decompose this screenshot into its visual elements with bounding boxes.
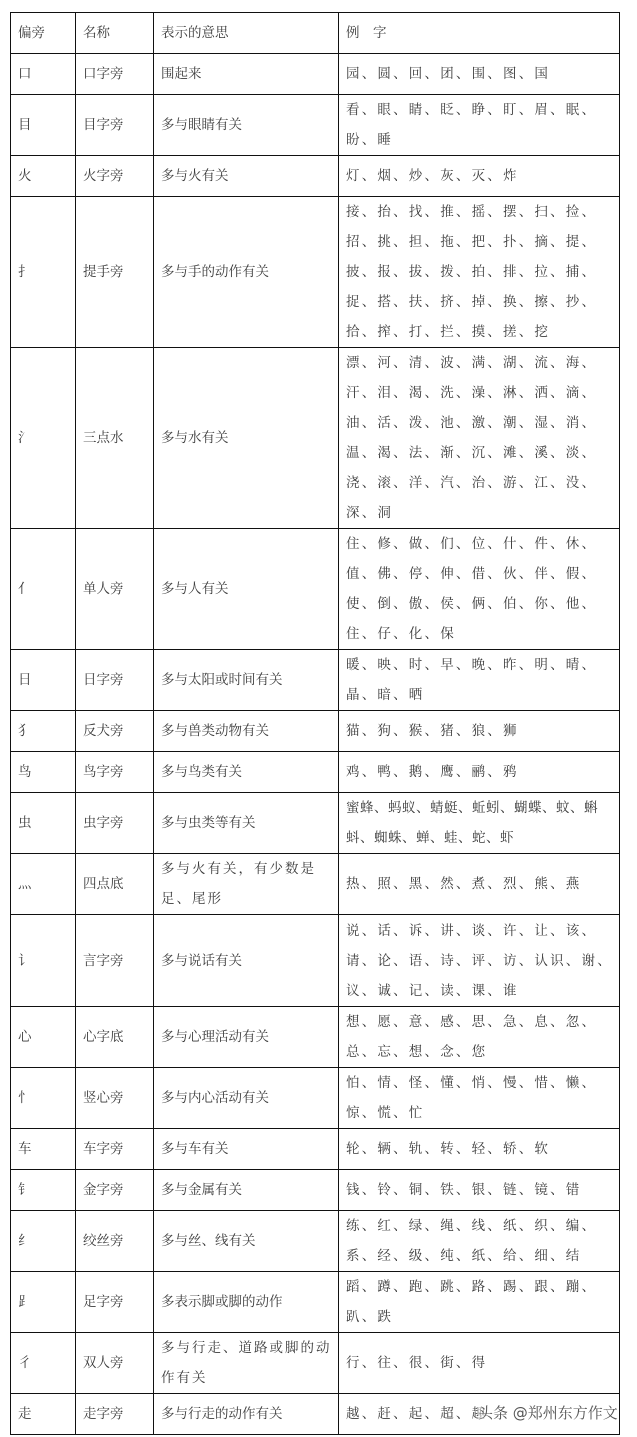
radical-cell: 扌 <box>11 197 76 348</box>
table-row: 日日字旁多与太阳或时间有关暖、映、时、早、晚、昨、明、晴、晶、暗、晒 <box>11 650 620 711</box>
radical-cell: 走 <box>11 1394 76 1435</box>
radical-cell: 车 <box>11 1129 76 1170</box>
radical-cell: 钅 <box>11 1170 76 1211</box>
examples-cell: 说、话、诉、讲、谈、许、让、该、请、论、语、诗、评、访、认识、谢、议、诚、记、读… <box>339 915 620 1007</box>
name-cell: 双人旁 <box>76 1333 154 1394</box>
table-row: 彳双人旁多与行走、道路或脚的动作有关行、往、很、街、得 <box>11 1333 620 1394</box>
meaning-cell: 多表示脚或脚的动作 <box>154 1272 339 1333</box>
radical-cell: 心 <box>11 1007 76 1068</box>
table-row: 口口字旁围起来园、圆、回、团、围、图、国 <box>11 54 620 95</box>
meaning-cell: 多与兽类动物有关 <box>154 711 339 752</box>
table-row: 目目字旁多与眼睛有关看、眼、睛、眨、睁、盯、眉、眠、盼、睡 <box>11 95 620 156</box>
table-row: 扌提手旁多与手的动作有关接、抬、找、推、摇、摆、扫、捡、招、挑、担、拖、把、扑、… <box>11 197 620 348</box>
table-row: 忄竖心旁多与内心活动有关怕、情、怪、懂、悄、慢、惜、懒、惊、慌、忙 <box>11 1068 620 1129</box>
name-cell: 火字旁 <box>76 156 154 197</box>
examples-cell: 接、抬、找、推、摇、摆、扫、捡、招、挑、担、拖、把、扑、摘、提、披、报、拔、拨、… <box>339 197 620 348</box>
name-cell: 鸟字旁 <box>76 752 154 793</box>
radical-cell: 纟 <box>11 1211 76 1272</box>
radical-cell: 灬 <box>11 854 76 915</box>
examples-cell: 轮、辆、轨、转、轻、轿、软 <box>339 1129 620 1170</box>
table-row: 讠言字旁多与说话有关说、话、诉、讲、谈、许、让、该、请、论、语、诗、评、访、认识… <box>11 915 620 1007</box>
radical-cell: ⻊ <box>11 1272 76 1333</box>
examples-cell: 蹈、蹲、跑、跳、路、踢、跟、蹦、趴、跌 <box>339 1272 620 1333</box>
name-cell: 单人旁 <box>76 529 154 650</box>
radical-cell: 虫 <box>11 793 76 854</box>
name-cell: 足字旁 <box>76 1272 154 1333</box>
examples-cell: 练、红、绿、绳、线、纸、织、编、系、经、级、纯、纸、给、细、结 <box>339 1211 620 1272</box>
table-row: 亻单人旁多与人有关住、修、做、们、位、什、件、休、值、佛、停、伸、借、伙、伴、假… <box>11 529 620 650</box>
examples-cell: 行、往、很、街、得 <box>339 1333 620 1394</box>
meaning-cell: 多与心理活动有关 <box>154 1007 339 1068</box>
name-cell: 走字旁 <box>76 1394 154 1435</box>
meaning-cell: 多与内心活动有关 <box>154 1068 339 1129</box>
examples-cell: 暖、映、时、早、晚、昨、明、晴、晶、暗、晒 <box>339 650 620 711</box>
header-name: 名称 <box>76 13 154 54</box>
name-cell: 目字旁 <box>76 95 154 156</box>
examples-cell: 鸡、鸭、鹅、鹰、鹂、鸦 <box>339 752 620 793</box>
table-row: 车车字旁多与车有关轮、辆、轨、转、轻、轿、软 <box>11 1129 620 1170</box>
meaning-cell: 围起来 <box>154 54 339 95</box>
name-cell: 车字旁 <box>76 1129 154 1170</box>
meaning-cell: 多与鸟类有关 <box>154 752 339 793</box>
radical-cell: 亻 <box>11 529 76 650</box>
radical-cell: 彳 <box>11 1333 76 1394</box>
meaning-cell: 多与车有关 <box>154 1129 339 1170</box>
meaning-cell: 多与丝、线有关 <box>154 1211 339 1272</box>
meaning-cell: 多与火有关，有少数是足、尾形 <box>154 854 339 915</box>
radical-cell: 忄 <box>11 1068 76 1129</box>
name-cell: 虫字旁 <box>76 793 154 854</box>
meaning-cell: 多与手的动作有关 <box>154 197 339 348</box>
header-row: 偏旁 名称 表示的意思 例 字 <box>11 13 620 54</box>
radical-cell: 日 <box>11 650 76 711</box>
name-cell: 金字旁 <box>76 1170 154 1211</box>
radical-cell: 氵 <box>11 348 76 529</box>
name-cell: 日字旁 <box>76 650 154 711</box>
name-cell: 绞丝旁 <box>76 1211 154 1272</box>
name-cell: 口字旁 <box>76 54 154 95</box>
header-examples: 例 字 <box>339 13 620 54</box>
table-row: 心心字底多与心理活动有关想、愿、意、感、思、急、息、忽、总、忘、想、念、您 <box>11 1007 620 1068</box>
table-row: 鸟鸟字旁多与鸟类有关鸡、鸭、鹅、鹰、鹂、鸦 <box>11 752 620 793</box>
name-cell: 提手旁 <box>76 197 154 348</box>
meaning-cell: 多与眼睛有关 <box>154 95 339 156</box>
table-row: 钅金字旁多与金属有关钱、铃、铜、铁、银、链、镜、错 <box>11 1170 620 1211</box>
radical-cell: 犭 <box>11 711 76 752</box>
header-meaning: 表示的意思 <box>154 13 339 54</box>
meaning-cell: 多与虫类等有关 <box>154 793 339 854</box>
examples-cell: 住、修、做、们、位、什、件、休、值、佛、停、伸、借、伙、伴、假、使、倒、傲、侯、… <box>339 529 620 650</box>
radical-cell: 讠 <box>11 915 76 1007</box>
name-cell: 言字旁 <box>76 915 154 1007</box>
radicals-table: 偏旁 名称 表示的意思 例 字 口口字旁围起来园、圆、回、团、围、图、国目目字旁… <box>10 12 620 1435</box>
meaning-cell: 多与水有关 <box>154 348 339 529</box>
name-cell: 反犬旁 <box>76 711 154 752</box>
table-row: 纟绞丝旁多与丝、线有关练、红、绿、绳、线、纸、织、编、系、经、级、纯、纸、给、细… <box>11 1211 620 1272</box>
meaning-cell: 多与行走的动作有关 <box>154 1394 339 1435</box>
examples-cell: 蜜蜂、蚂蚁、蜻蜓、蚯蚓、蝴蝶、蚊、蝌蚪、蜘蛛、蝉、蛙、蛇、虾 <box>339 793 620 854</box>
examples-cell: 看、眼、睛、眨、睁、盯、眉、眠、盼、睡 <box>339 95 620 156</box>
meaning-cell: 多与行走、道路或脚的动作有关 <box>154 1333 339 1394</box>
name-cell: 四点底 <box>76 854 154 915</box>
meaning-cell: 多与火有关 <box>154 156 339 197</box>
examples-cell: 灯、烟、炒、灰、灭、炸 <box>339 156 620 197</box>
radical-cell: 鸟 <box>11 752 76 793</box>
table-row: 氵三点水多与水有关漂、河、清、波、满、湖、流、海、汗、泪、渴、洗、澡、淋、洒、滴… <box>11 348 620 529</box>
table-row: 虫虫字旁多与虫类等有关蜜蜂、蚂蚁、蜻蜓、蚯蚓、蝴蝶、蚊、蝌蚪、蜘蛛、蝉、蛙、蛇、… <box>11 793 620 854</box>
meaning-cell: 多与太阳或时间有关 <box>154 650 339 711</box>
radical-cell: 目 <box>11 95 76 156</box>
watermark: 头条 @郑州东方作文 <box>478 1402 618 1423</box>
table-row: ⻊足字旁多表示脚或脚的动作蹈、蹲、跑、跳、路、踢、跟、蹦、趴、跌 <box>11 1272 620 1333</box>
name-cell: 心字底 <box>76 1007 154 1068</box>
radical-cell: 口 <box>11 54 76 95</box>
meaning-cell: 多与说话有关 <box>154 915 339 1007</box>
table-row: 犭反犬旁多与兽类动物有关猫、狗、猴、猪、狼、狮 <box>11 711 620 752</box>
name-cell: 竖心旁 <box>76 1068 154 1129</box>
examples-cell: 怕、情、怪、懂、悄、慢、惜、懒、惊、慌、忙 <box>339 1068 620 1129</box>
header-radical: 偏旁 <box>11 13 76 54</box>
examples-cell: 钱、铃、铜、铁、银、链、镜、错 <box>339 1170 620 1211</box>
radical-cell: 火 <box>11 156 76 197</box>
examples-cell: 热、照、黑、然、煮、烈、熊、燕 <box>339 854 620 915</box>
examples-cell: 猫、狗、猴、猪、狼、狮 <box>339 711 620 752</box>
meaning-cell: 多与人有关 <box>154 529 339 650</box>
name-cell: 三点水 <box>76 348 154 529</box>
examples-cell: 想、愿、意、感、思、急、息、忽、总、忘、想、念、您 <box>339 1007 620 1068</box>
examples-cell: 园、圆、回、团、围、图、国 <box>339 54 620 95</box>
examples-cell: 漂、河、清、波、满、湖、流、海、汗、泪、渴、洗、澡、淋、洒、滴、油、活、泼、池、… <box>339 348 620 529</box>
table-row: 火火字旁多与火有关灯、烟、炒、灰、灭、炸 <box>11 156 620 197</box>
meaning-cell: 多与金属有关 <box>154 1170 339 1211</box>
table-row: 灬四点底多与火有关，有少数是足、尾形热、照、黑、然、煮、烈、熊、燕 <box>11 854 620 915</box>
